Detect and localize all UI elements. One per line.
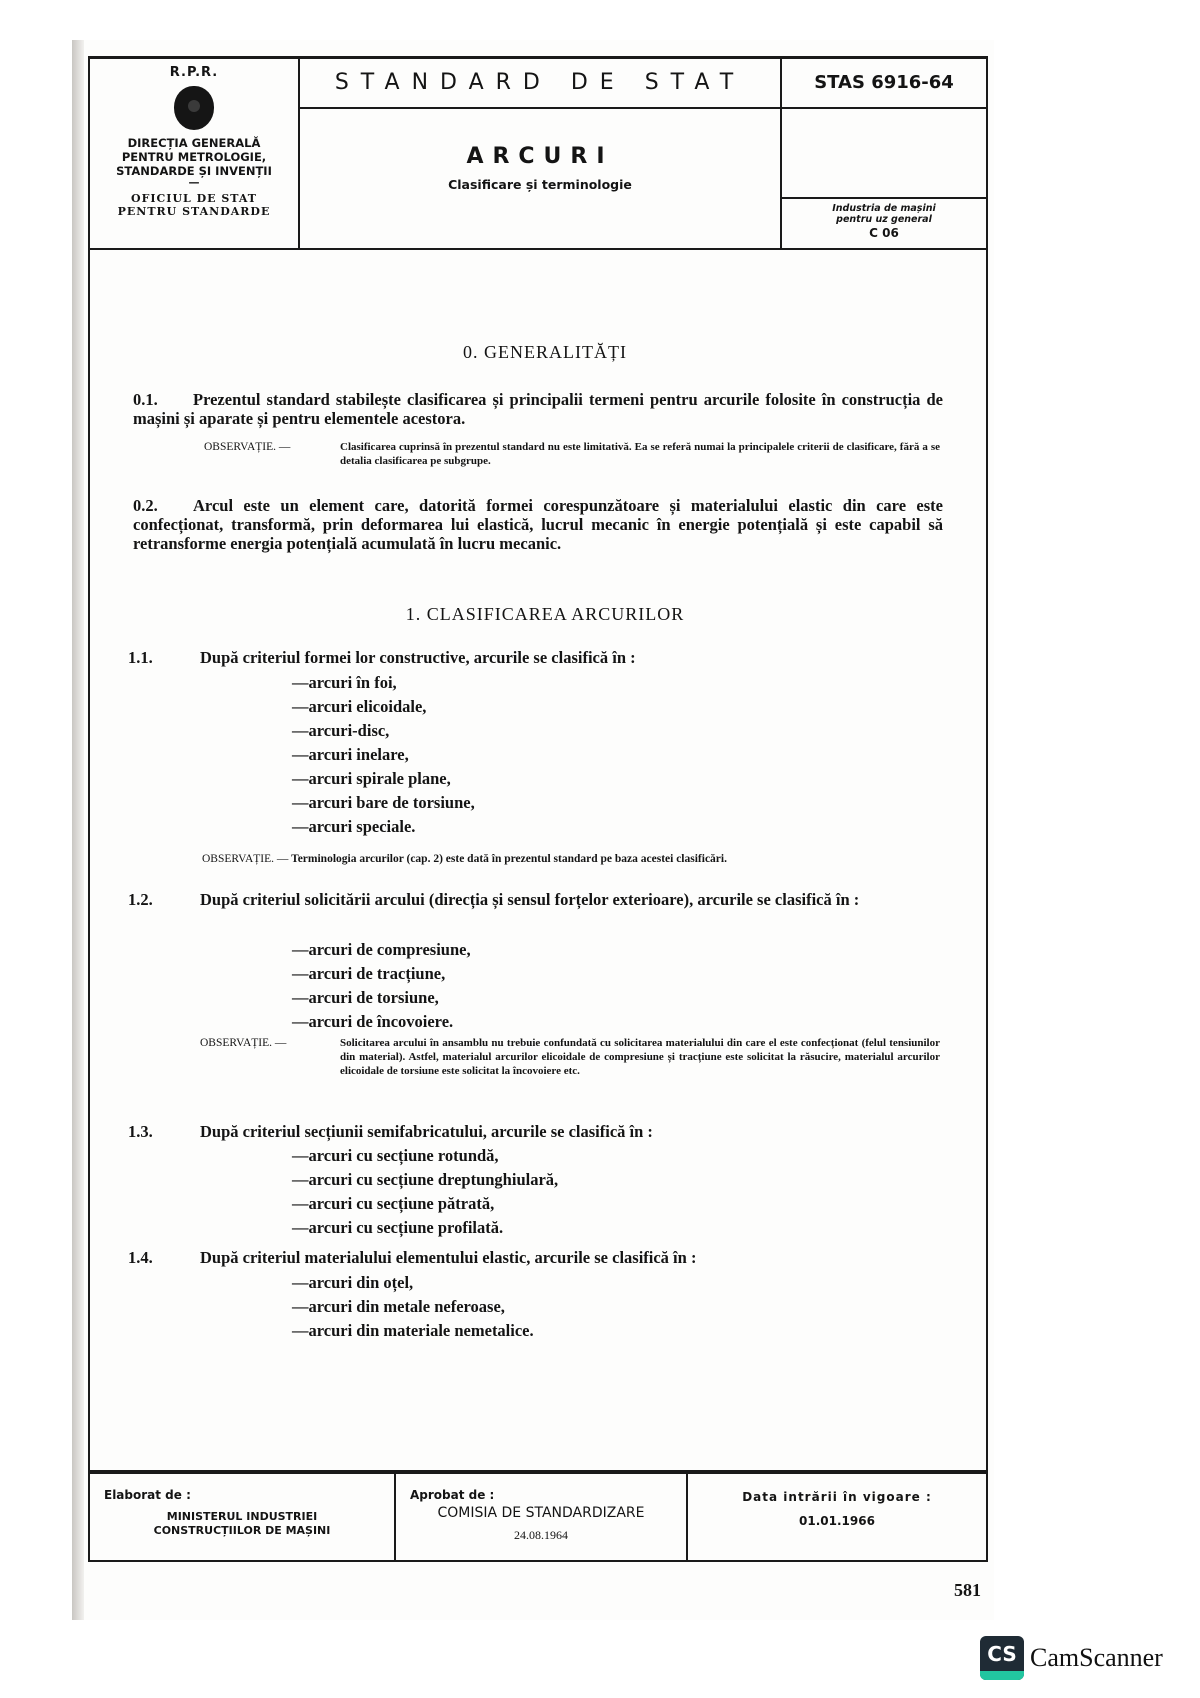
paragraph-0-1: 0.1.Prezentul standard stabilește clasif… <box>133 390 943 428</box>
list-item: arcuri din materiale nemetalice. <box>292 1319 534 1343</box>
criterion-1-4: 1.4.După criteriul materialului elementu… <box>128 1248 696 1268</box>
list-1-2: arcuri de compresiune, arcuri de tracțiu… <box>292 938 471 1034</box>
issuer-cell: R.P.R. DIRECȚIA GENERALĂ PENTRU METROLOG… <box>90 59 300 248</box>
industry-label: Industria de mașini pentru uz general <box>782 203 986 225</box>
list-item: arcuri elicoidale, <box>292 695 475 719</box>
paragraph-number: 0.1. <box>133 390 193 409</box>
standard-header-table: R.P.R. DIRECȚIA GENERALĂ PENTRU METROLOG… <box>88 56 988 250</box>
page-number: 581 <box>954 1580 981 1601</box>
approval-footer-table: Elaborat de : MINISTERUL INDUSTRIEI CONS… <box>88 1470 988 1562</box>
scan-edge-shadow <box>72 40 84 1620</box>
effective-date: 01.01.1966 <box>688 1514 986 1528</box>
list-1-3: arcuri cu secțiune rotundă, arcuri cu se… <box>292 1144 558 1240</box>
coat-of-arms-icon <box>174 86 214 130</box>
elaborated-label: Elaborat de : <box>104 1488 394 1502</box>
list-item: arcuri din oțel, <box>292 1271 534 1295</box>
observation-0-1-label: OBSERVAȚIE. — <box>204 440 290 454</box>
list-item: arcuri speciale. <box>292 815 475 839</box>
criterion-1-3: 1.3.După criteriul secțiunii semifabrica… <box>128 1122 653 1142</box>
list-item: arcuri inelare, <box>292 743 475 767</box>
paragraph-text: Prezentul standard stabilește clasificar… <box>133 390 943 428</box>
camscanner-watermark: CS CamScanner <box>980 1636 1163 1680</box>
approved-label: Aprobat de : <box>410 1488 686 1502</box>
effective-date-cell: Data intrării în vigoare : 01.01.1966 <box>688 1474 986 1560</box>
observation-1-2-label: OBSERVAȚIE. — <box>200 1036 286 1050</box>
effective-label: Data intrării în vigoare : <box>688 1490 986 1504</box>
country-label: R.P.R. <box>90 65 298 80</box>
elaborated-by-cell: Elaborat de : MINISTERUL INDUSTRIEI CONS… <box>90 1474 396 1560</box>
list-item: arcuri de compresiune, <box>292 938 471 962</box>
blank-box <box>782 109 986 199</box>
document-title: ARCURI <box>300 144 780 169</box>
observation-1-1: OBSERVAȚIE. — Terminologia arcurilor (ca… <box>202 852 727 866</box>
list-item: arcuri de tracțiune, <box>292 962 471 986</box>
list-item: arcuri de încovoiere. <box>292 1010 471 1034</box>
directorate-name: DIRECȚIA GENERALĂ PENTRU METROLOGIE, STA… <box>90 136 298 178</box>
list-1-1: arcuri în foi, arcuri elicoidale, arcuri… <box>292 671 475 839</box>
approved-by: COMISIA DE STANDARDIZARE <box>396 1506 686 1520</box>
list-item: arcuri spirale plane, <box>292 767 475 791</box>
code-cell: STAS 6916-64 Industria de mașini pentru … <box>782 59 986 248</box>
standard-title: STANDARD DE STAT <box>300 59 780 109</box>
criterion-1-2: 1.2.După criteriul solicitării arcului (… <box>128 890 938 909</box>
list-1-4: arcuri din oțel, arcuri din metale nefer… <box>292 1271 534 1343</box>
paragraph-number: 0.2. <box>133 496 193 515</box>
approved-by-cell: Aprobat de : COMISIA DE STANDARDIZARE 24… <box>396 1474 688 1560</box>
observation-0-1-text: Clasificarea cuprinsă în prezentul stand… <box>340 440 940 468</box>
camscanner-logo-icon: CS <box>980 1636 1024 1680</box>
stas-code: STAS 6916-64 <box>782 59 986 109</box>
list-item: arcuri-disc, <box>292 719 475 743</box>
list-item: arcuri din metale neferoase, <box>292 1295 534 1319</box>
list-item: arcuri bare de torsiune, <box>292 791 475 815</box>
camscanner-brand: CamScanner <box>1030 1643 1163 1673</box>
paragraph-text: Arcul este un element care, datorită for… <box>133 496 943 553</box>
office-name: OFICIUL DE STAT PENTRU STANDARDE <box>90 192 298 218</box>
criterion-1-1: 1.1.După criteriul formei lor constructi… <box>128 648 636 668</box>
list-item: arcuri cu secțiune profilată. <box>292 1216 558 1240</box>
list-item: arcuri cu secțiune rotundă, <box>292 1144 558 1168</box>
observation-1-2-text: Solicitarea arcului în ansamblu nu trebu… <box>340 1036 940 1078</box>
paragraph-0-2: 0.2.Arcul este un element care, datorită… <box>133 496 943 553</box>
list-item: arcuri cu secțiune pătrată, <box>292 1192 558 1216</box>
list-item: arcuri de torsiune, <box>292 986 471 1010</box>
section-heading-0: 0. GENERALITĂȚI <box>0 342 1090 363</box>
separator: — <box>90 178 298 188</box>
title-cell: STANDARD DE STAT ARCURI Clasificare și t… <box>300 59 782 248</box>
section-heading-1: 1. CLASIFICAREA ARCURILOR <box>0 604 1090 625</box>
approved-date: 24.08.1964 <box>396 1528 686 1543</box>
list-item: arcuri în foi, <box>292 671 475 695</box>
document-subtitle: Clasificare și terminologie <box>300 177 780 192</box>
elaborated-by: MINISTERUL INDUSTRIEI CONSTRUCȚIILOR DE … <box>90 1510 394 1538</box>
category-code: C 06 <box>782 226 986 240</box>
list-item: arcuri cu secțiune dreptunghiulară, <box>292 1168 558 1192</box>
